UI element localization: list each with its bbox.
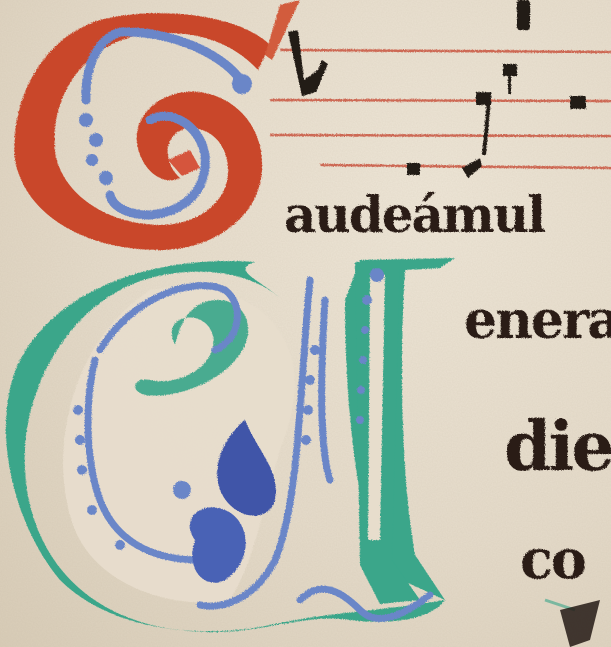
manuscript-photo: audeámul enera die co xyxy=(0,0,611,647)
text-line-4: co xyxy=(520,527,585,591)
text-line-3: die xyxy=(504,407,611,487)
text-line-2: enera xyxy=(464,290,611,351)
manuscript-illustration: audeámul enera die co xyxy=(0,0,611,647)
text-line-1: audeámul xyxy=(284,185,545,244)
